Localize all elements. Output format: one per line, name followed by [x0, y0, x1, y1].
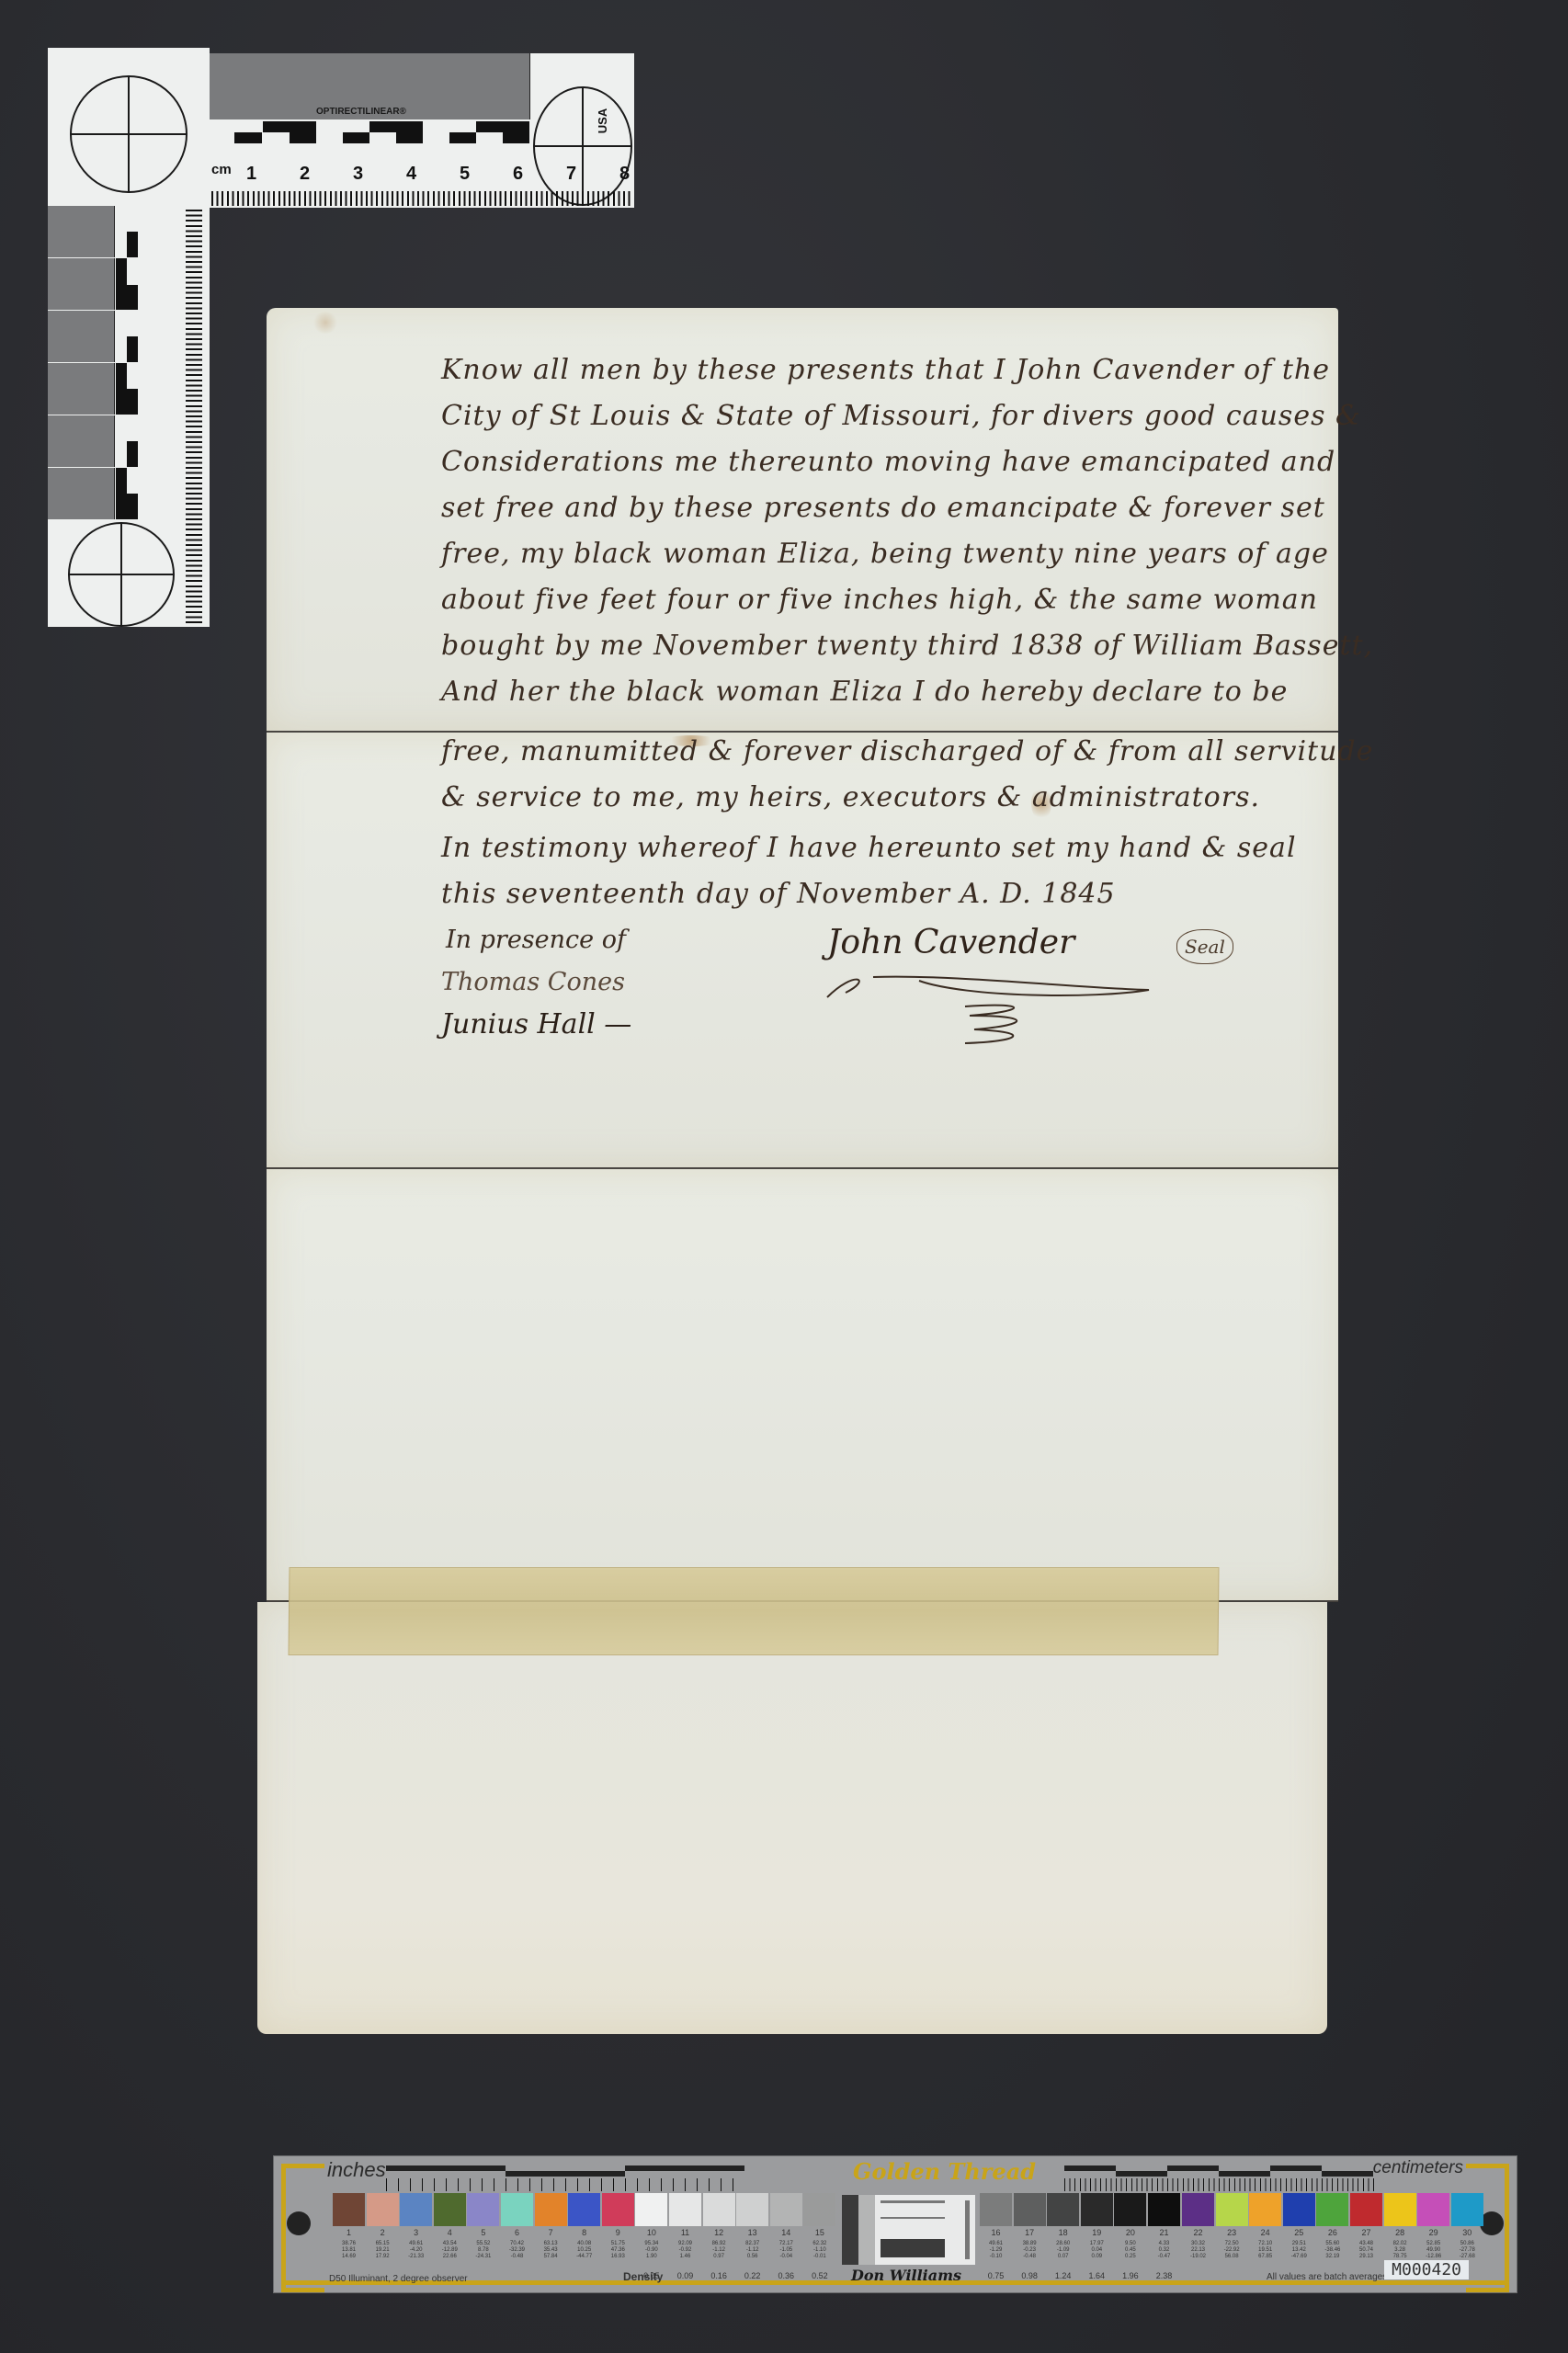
color-patch-5: [467, 2193, 499, 2226]
patch-density: 1.64: [1081, 2271, 1113, 2280]
patch-lab-values: 62.32 -1.10 -0.01: [803, 2241, 835, 2260]
patch-number: 18: [1047, 2228, 1079, 2237]
patch-lab-values: 55.52 8.78 -24.31: [467, 2241, 499, 2260]
tick-label: 1: [246, 164, 256, 185]
patch-density: 0.05: [635, 2271, 667, 2280]
color-patch-9: [602, 2193, 634, 2226]
text-line: And her the black woman Eliza I do hereb…: [441, 676, 1288, 708]
patch-density: 0.09: [669, 2271, 701, 2280]
color-patch-26: [1316, 2193, 1348, 2226]
patch-lab-values: 92.09 -0.92 1.46: [669, 2241, 701, 2260]
averages-note: All values are batch averages: [1267, 2272, 1387, 2282]
color-patch-16: [980, 2193, 1012, 2226]
fold-line: [267, 1167, 1338, 1169]
color-patch-12: [703, 2193, 735, 2226]
scale-corner-card: [48, 48, 210, 206]
color-patch-8: [568, 2193, 600, 2226]
patch-lab-values: 40.08 10.25 -44.77: [568, 2241, 600, 2260]
signature-flourish: [818, 951, 1186, 1052]
text-line: Know all men by these presents that I Jo…: [441, 354, 1330, 386]
patch-density: 0.75: [980, 2271, 1012, 2280]
color-patch-1: [333, 2193, 365, 2226]
patch-density: 1.24: [1047, 2271, 1079, 2280]
foxing-stain: [312, 312, 338, 334]
text-line: about five feet four or five inches high…: [441, 584, 1318, 616]
patch-number: 28: [1384, 2228, 1416, 2237]
mounting-hole-icon: [287, 2211, 311, 2235]
patch-density: 1.96: [1114, 2271, 1146, 2280]
color-patch-30: [1451, 2193, 1483, 2226]
patch-lab-values: 55.60 -38.46 32.19: [1316, 2241, 1348, 2260]
tick-label: 7: [566, 164, 576, 185]
tick-label: 6: [513, 164, 523, 185]
tick-label: 5: [460, 164, 470, 185]
patch-number: 6: [501, 2228, 533, 2237]
patch-number: 23: [1216, 2228, 1248, 2237]
color-patch-11: [669, 2193, 701, 2226]
color-patch-6: [501, 2193, 533, 2226]
document-panel-4: [257, 1602, 1327, 2034]
patch-density: 0.98: [1014, 2271, 1046, 2280]
color-patch-19: [1081, 2193, 1113, 2226]
color-patch-22: [1182, 2193, 1214, 2226]
patch-number: 19: [1081, 2228, 1113, 2237]
patch-lab-values: 65.15 19.21 17.92: [367, 2241, 399, 2260]
patch-lab-values: 82.37 -1.12 0.56: [736, 2241, 768, 2260]
patch-number: 17: [1014, 2228, 1046, 2237]
document-panel-3: [267, 1169, 1338, 1600]
patch-lab-values: 63.13 35.43 57.84: [535, 2241, 567, 2260]
patch-number: 3: [400, 2228, 432, 2237]
fold-line: [267, 731, 1338, 733]
color-patch-15: [803, 2193, 835, 2226]
patch-number: 21: [1148, 2228, 1180, 2237]
patch-lab-values: 43.48 50.74 29.13: [1350, 2241, 1382, 2260]
patch-number: 5: [467, 2228, 499, 2237]
patch-lab-values: 49.61 -4.20 -21.33: [400, 2241, 432, 2260]
color-patch-10: [635, 2193, 667, 2226]
color-patch-13: [736, 2193, 768, 2226]
text-line: free, manumitted & forever discharged of…: [441, 735, 1373, 767]
color-patch-17: [1014, 2193, 1046, 2226]
manumission-document: Know all men by these presents that I Jo…: [267, 308, 1338, 2034]
tick-label: 8: [619, 164, 630, 185]
patch-number: 24: [1249, 2228, 1281, 2237]
patch-lab-values: 17.97 0.04 0.09: [1081, 2241, 1113, 2260]
patch-lab-values: 52.85 49.90 -12.86: [1417, 2241, 1449, 2260]
patch-lab-values: 29.51 13.42 -47.69: [1283, 2241, 1315, 2260]
patch-density: 0.16: [703, 2271, 735, 2280]
inch-ruler: [386, 2178, 744, 2191]
patch-number: 14: [770, 2228, 802, 2237]
scale-unit-label: cm: [211, 162, 232, 177]
patch-number: 12: [703, 2228, 735, 2237]
text-line: City of St Louis & State of Missouri, fo…: [441, 400, 1361, 432]
patch-lab-values: 38.76 13.81 14.69: [333, 2241, 365, 2260]
text-line: Considerations me thereunto moving have …: [441, 446, 1335, 478]
patch-lab-values: 50.86 -27.78 -27.68: [1451, 2241, 1483, 2260]
repair-tape-strip: [288, 1567, 1219, 1655]
text-line: bought by me November twenty third 1838 …: [441, 630, 1373, 662]
centimeters-label: centimeters: [1373, 2158, 1463, 2178]
patch-lab-values: 9.50 0.45 0.25: [1114, 2241, 1146, 2260]
patch-lab-values: 49.61 -1.29 -0.10: [980, 2241, 1012, 2260]
patch-lab-values: 28.60 -1.09 0.07: [1047, 2241, 1079, 2260]
text-line: set free and by these presents do emanci…: [441, 492, 1325, 524]
patch-number: 7: [535, 2228, 567, 2237]
patch-lab-values: 72.17 -1.05 -0.04: [770, 2241, 802, 2260]
color-patch-27: [1350, 2193, 1382, 2226]
tick-label: 2: [300, 164, 310, 185]
golden-thread-logo: Golden Thread: [853, 2158, 1036, 2185]
patch-lab-values: 38.89 -0.23 -0.48: [1014, 2241, 1046, 2260]
patch-number: 20: [1114, 2228, 1146, 2237]
color-patch-23: [1216, 2193, 1248, 2226]
don-williams-logo: Don Williams: [851, 2267, 961, 2284]
color-patch-28: [1384, 2193, 1416, 2226]
color-patch-25: [1283, 2193, 1315, 2226]
color-patch-21: [1148, 2193, 1180, 2226]
horizontal-scale-arm: OPTIRECTILINEAR® USA cm 1 2 3 4 5 6 7 8: [210, 53, 634, 208]
vertical-scale-arm: [48, 206, 210, 627]
patch-number: 16: [980, 2228, 1012, 2237]
patch-number: 26: [1316, 2228, 1348, 2237]
crosshair-target-icon: [68, 522, 175, 627]
witness-name: Thomas Cones: [441, 968, 625, 996]
patch-lab-values: 30.32 22.13 -19.02: [1182, 2241, 1214, 2260]
patch-lab-values: 72.10 19.51 67.85: [1249, 2241, 1281, 2260]
patch-number: 29: [1417, 2228, 1449, 2237]
tick-label: 4: [406, 164, 416, 185]
inches-label: inches: [327, 2158, 386, 2182]
patch-number: 27: [1350, 2228, 1382, 2237]
resolution-target: [842, 2195, 975, 2265]
text-line: this seventeenth day of November A. D. 1…: [441, 878, 1116, 910]
color-patch-18: [1047, 2193, 1079, 2226]
patch-number: 9: [602, 2228, 634, 2237]
patch-lab-values: 95.34 -0.90 1.90: [635, 2241, 667, 2260]
illuminant-note: D50 Illuminant, 2 degree observer: [329, 2274, 468, 2284]
color-patch-20: [1114, 2193, 1146, 2226]
text-line: free, my black woman Eliza, being twenty…: [441, 538, 1329, 570]
patch-number: 30: [1451, 2228, 1483, 2237]
patch-number: 2: [367, 2228, 399, 2237]
mounting-hole-icon: [1480, 2211, 1504, 2235]
patch-density: 0.36: [770, 2271, 802, 2280]
text-line: In testimony whereof I have hereunto set…: [441, 832, 1297, 864]
patch-lab-values: 51.75 47.36 16.93: [602, 2241, 634, 2260]
patch-lab-values: 43.54 -12.89 22.66: [434, 2241, 466, 2260]
patch-number: 15: [803, 2228, 835, 2237]
patch-number: 22: [1182, 2228, 1214, 2237]
patch-density: 2.38: [1148, 2271, 1180, 2280]
text-line: & service to me, my heirs, executors & a…: [441, 781, 1260, 813]
color-patch-29: [1417, 2193, 1449, 2226]
patch-lab-values: 86.92 -1.12 0.97: [703, 2241, 735, 2260]
crosshair-target-icon: [533, 86, 632, 206]
patch-lab-values: 70.42 -32.39 -0.48: [501, 2241, 533, 2260]
tick-label: 3: [353, 164, 363, 185]
patch-density: 0.22: [736, 2271, 768, 2280]
color-patch-2: [367, 2193, 399, 2226]
patch-number: 25: [1283, 2228, 1315, 2237]
patch-lab-values: 4.33 0.32 -0.47: [1148, 2241, 1180, 2260]
crosshair-target-icon: [70, 75, 187, 193]
color-patch-4: [434, 2193, 466, 2226]
chart-id-label: M000420: [1384, 2260, 1469, 2279]
patch-lab-values: 82.02 3.28 78.75: [1384, 2241, 1416, 2260]
scale-brand-label: OPTIRECTILINEAR®: [316, 107, 406, 117]
witness-heading: In presence of: [446, 926, 626, 954]
patch-number: 13: [736, 2228, 768, 2237]
color-patch-14: [770, 2193, 802, 2226]
patch-lab-values: 72.50 -22.92 56.08: [1216, 2241, 1248, 2260]
patch-number: 8: [568, 2228, 600, 2237]
color-patch-24: [1249, 2193, 1281, 2226]
cm-ruler: [1064, 2178, 1377, 2191]
patch-number: 4: [434, 2228, 466, 2237]
color-patch-7: [535, 2193, 567, 2226]
patch-number: 10: [635, 2228, 667, 2237]
witness-name: Junius Hall —: [441, 1008, 631, 1040]
color-patch-3: [400, 2193, 432, 2226]
patch-number: 1: [333, 2228, 365, 2237]
scale-country-label: USA: [596, 108, 609, 133]
color-calibration-target: inches centimeters Golden Thread Don Wil…: [273, 2155, 1517, 2293]
patch-number: 11: [669, 2228, 701, 2237]
patch-density: 0.52: [803, 2271, 835, 2280]
